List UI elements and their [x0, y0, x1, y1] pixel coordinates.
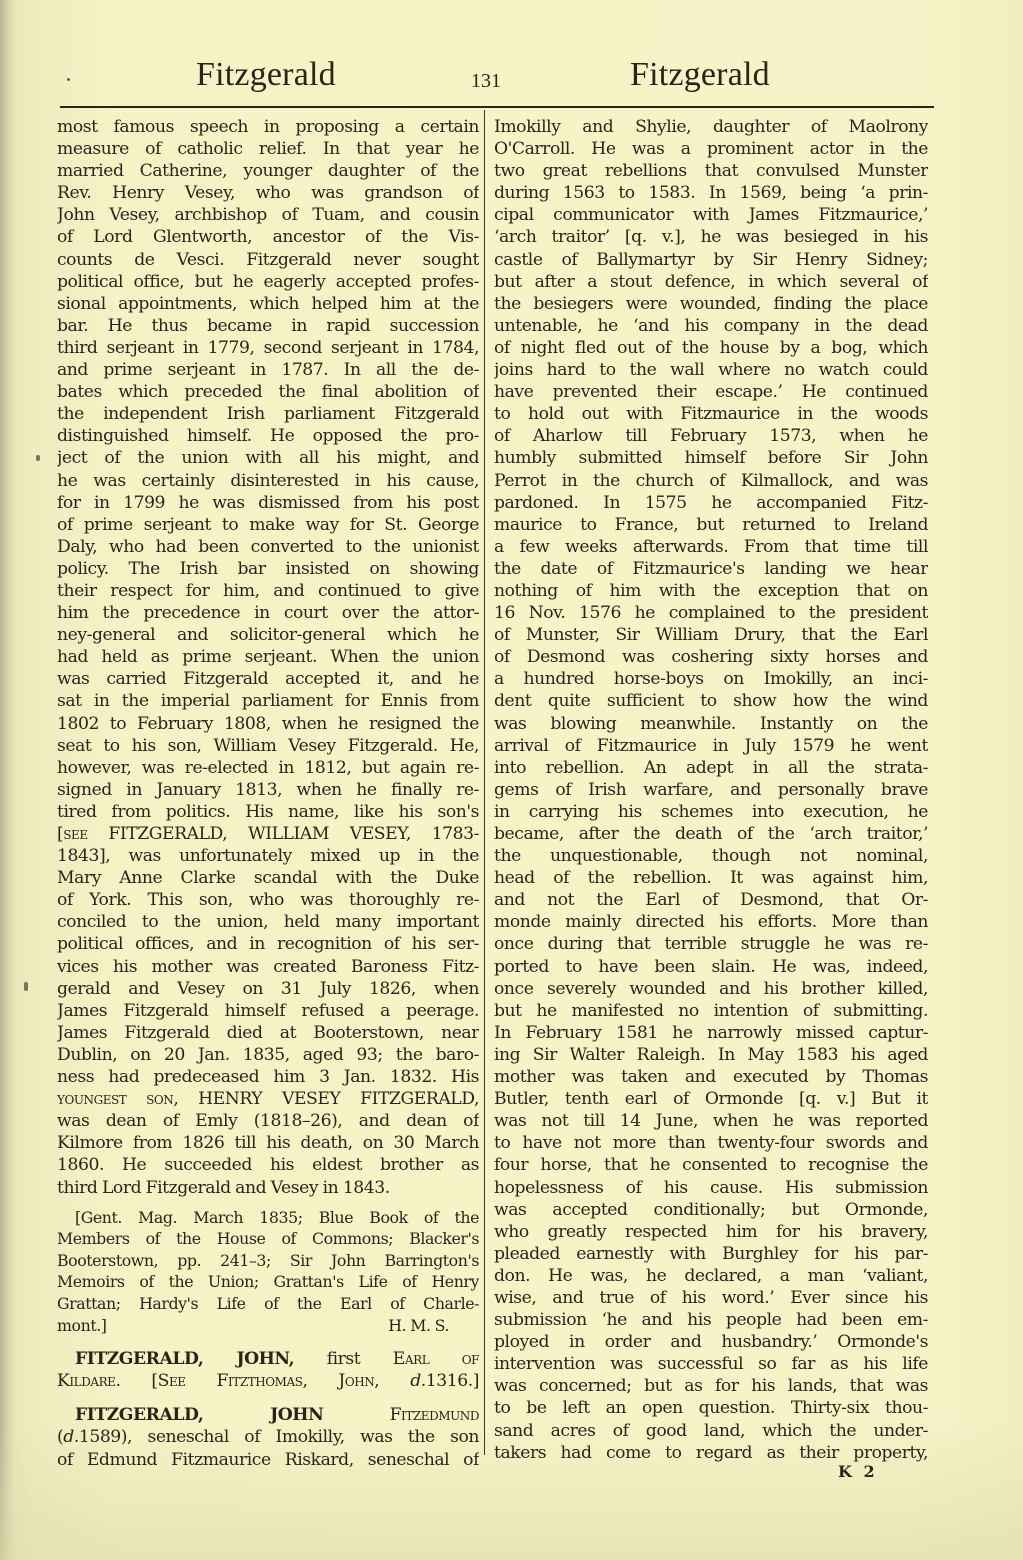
- reference-tail: mont.]: [57, 1315, 107, 1337]
- text-line: of Aharlow till February 1573, when he: [494, 425, 928, 447]
- text-line: submission ‘he and his people had been e…: [494, 1309, 928, 1331]
- entry-text: 1589), seneschal of Imokilly, was the so…: [79, 1427, 479, 1447]
- text-line: mother was taken and executed by Thomas: [494, 1066, 928, 1088]
- text-line: was not till 14 June, when he was report…: [494, 1110, 928, 1132]
- page-spine-shadow: [0, 0, 14, 1560]
- text-line: he was certainly disinterested in his ca…: [57, 470, 479, 492]
- text-line: however, was re-elected in 1812, but aga…: [57, 757, 479, 779]
- text-line: a few weeks afterwards. From that time t…: [494, 536, 928, 558]
- text-line: bates which preceded the final abolition…: [57, 381, 479, 403]
- scan-speck: [36, 455, 40, 461]
- text-line: third Lord Fitzgerald and Vesey in 1843.: [57, 1177, 479, 1199]
- text-line: pardoned. In 1575 he accompanied Fitz-: [494, 492, 928, 514]
- text-line: the unquestionable, though not nominal,: [494, 845, 928, 867]
- entry-xref-line: Kildare. [See Fitzthomas, John, d.1316.]: [57, 1370, 479, 1392]
- text-line: of Desmond was coshering sixty horses an…: [494, 646, 928, 668]
- date-abbrev: d.: [410, 1371, 426, 1391]
- text-line: cipal communicator with James Fitzmauric…: [494, 204, 928, 226]
- text-line: James Fitzgerald himself refused a peera…: [57, 1000, 479, 1022]
- text-line: four horse, that he consented to recogni…: [494, 1154, 928, 1176]
- text-line: signed in January 1813, when he finally …: [57, 779, 479, 801]
- text-line: of Munster, Sir William Drury, that the …: [494, 624, 928, 646]
- text-line: of Edmund Fitzmaurice Riskard, seneschal…: [57, 1449, 479, 1471]
- text-line: the date of Fitzmaurice's landing we hea…: [494, 558, 928, 580]
- text-line: castle of Ballymartyr by Sir Henry Sidne…: [494, 249, 928, 271]
- text-line: a hundred horse-boys on Imokilly, an inc…: [494, 668, 928, 690]
- text-line: O'Carroll. He was a prominent actor in t…: [494, 138, 928, 160]
- entry-headword: FITZGERALD, JOHN: [75, 1405, 323, 1425]
- text-line: married Catherine, younger daughter of t…: [57, 160, 479, 182]
- references-block: [Gent. Mag. March 1835; Blue Book of the…: [57, 1207, 479, 1337]
- text-line: to have not more than twenty-four swords…: [494, 1132, 928, 1154]
- text-line: John Vesey, archbishop of Tuam, and cous…: [57, 204, 479, 226]
- text-line: ing Sir Walter Raleigh. In May 1583 his …: [494, 1044, 928, 1066]
- text-line: sand acres of good land, which the under…: [494, 1420, 928, 1442]
- text-line: conciled to the union, held many importa…: [57, 911, 479, 933]
- text-line: gerald and Vesey on 31 July 1826, when: [57, 978, 479, 1000]
- text-line: the besiegers were wounded, finding the …: [494, 293, 928, 315]
- text-line: gems of Irish warfare, and personally br…: [494, 779, 928, 801]
- text-line: nothing of him with the exception that o…: [494, 580, 928, 602]
- scan-speck: [67, 78, 70, 81]
- text-line: bar. He thus became in rapid succession: [57, 315, 479, 337]
- text-line: 1843], was unfortunately mixed up in the: [57, 845, 479, 867]
- reference-line: Members of the House of Commons; Blacker…: [57, 1228, 479, 1250]
- text-line: ‘arch traitor’ [q. v.], he was besieged …: [494, 226, 928, 248]
- header-rule: [60, 106, 934, 108]
- text-line: counts de Vesci. Fitzgerald never sought: [57, 249, 479, 271]
- entry-heading-line: FITZGERALD, JOHN Fitzedmund: [57, 1404, 479, 1426]
- text-line-cross-reference: [see FITZGERALD, WILLIAM VESEY, 1783-: [57, 823, 479, 845]
- entry-heading-line: FITZGERALD, JOHN, first Earl of: [57, 1348, 479, 1370]
- text-line: had held as prime serjeant. When the uni…: [57, 646, 479, 668]
- text-line: don. He was, he declared, a man ‘valiant…: [494, 1265, 928, 1287]
- text-line: political office, but he eagerly accepte…: [57, 271, 479, 293]
- text-line: but after a stout defence, in which seve…: [494, 271, 928, 293]
- text-line: measure of catholic relief. In that year…: [57, 138, 479, 160]
- text-line: to be left an open question. Thirty-six …: [494, 1397, 928, 1419]
- cross-reference-link[interactable]: [See Fitzthomas, John,: [151, 1371, 379, 1391]
- entry-john-fitzgerald-earl-of-kildare: FITZGERALD, JOHN, first Earl of Kildare.…: [57, 1348, 479, 1392]
- entry-title-word: first: [327, 1349, 361, 1369]
- text-line: sat in the imperial parliament for Ennis…: [57, 690, 479, 712]
- text-line: Mary Anne Clarke scandal with the Duke: [57, 867, 479, 889]
- text-line: Daly, who had been converted to the unio…: [57, 536, 479, 558]
- text-line: arrival of Fitzmaurice in July 1579 he w…: [494, 735, 928, 757]
- text-line: to hold out with Fitzmaurice in the wood…: [494, 403, 928, 425]
- text-line: him the precedence in court over the att…: [57, 602, 479, 624]
- text-line: most famous speech in proposing a certai…: [57, 116, 479, 138]
- text-line: policy. The Irish bar insisted on showin…: [57, 558, 479, 580]
- header-title-left: Fitzgerald: [196, 56, 336, 94]
- text-line: Imokilly and Shylie, daughter of Maolron…: [494, 116, 928, 138]
- text-line: ness had predeceased him 3 Jan. 1832. Hi…: [57, 1066, 479, 1088]
- text-line: the independent Irish parliament Fitzger…: [57, 403, 479, 425]
- column-divider: [484, 110, 485, 1455]
- entry-headword: FITZGERALD, JOHN,: [75, 1349, 294, 1369]
- text-line: joins hard to the wall where no watch co…: [494, 359, 928, 381]
- text-line: head of the rebellion. It was against hi…: [494, 867, 928, 889]
- text-line: distinguished himself. He opposed the pr…: [57, 425, 479, 447]
- text-line: became, after the death of the ‘arch tra…: [494, 823, 928, 845]
- text-line: was carried Fitzgerald accepted it, and …: [57, 668, 479, 690]
- text-line: vices his mother was created Baroness Fi…: [57, 956, 479, 978]
- text-line: In February 1581 he narrowly missed capt…: [494, 1022, 928, 1044]
- entry-title-continued: Kildare.: [57, 1371, 121, 1391]
- text-line: dent quite sufficient to show how the wi…: [494, 690, 928, 712]
- text-line: Butler, tenth earl of Ormonde [q. v.] Bu…: [494, 1088, 928, 1110]
- text-line: seat to his son, William Vesey Fitzgeral…: [57, 735, 479, 757]
- reference-last-line: mont.] H. M. S.: [57, 1315, 479, 1337]
- text-line: Kilmore from 1826 till his death, on 30 …: [57, 1132, 479, 1154]
- text-line: (d.1589), seneschal of Imokilly, was the…: [57, 1426, 479, 1448]
- text-line: but he manifested no intention of submit…: [494, 1000, 928, 1022]
- text-line: 1802 to February 1808, when he resigned …: [57, 713, 479, 735]
- page-number: 131: [471, 70, 501, 93]
- reference-line: Grattan; Hardy's Life of the Earl of Cha…: [57, 1293, 479, 1315]
- text-line: of night fled out of the house by a bog,…: [494, 337, 928, 359]
- text-line: for in 1799 he was dismissed from his po…: [57, 492, 479, 514]
- text-line: Dublin, on 20 Jan. 1835, aged 93; the ba…: [57, 1044, 479, 1066]
- text-line: Rev. Henry Vesey, who was grandson of: [57, 182, 479, 204]
- printer-signature-mark: K 2: [838, 1462, 878, 1481]
- text-line: political offices, and in recognition of…: [57, 933, 479, 955]
- entry-title: Earl of: [393, 1349, 479, 1369]
- text-line: and prime serjeant in 1787. In all the d…: [57, 359, 479, 381]
- text-line: takers had come to regard as their prope…: [494, 1442, 928, 1464]
- scan-speck: [24, 982, 28, 991]
- reference-line: Booterstown, pp. 241–3; Sir John Barring…: [57, 1250, 479, 1272]
- text-line: monde mainly directed his efforts. More …: [494, 911, 928, 933]
- text-line: of Lord Glentworth, ancestor of the Vis-: [57, 226, 479, 248]
- text-line: intervention was successful so far as hi…: [494, 1353, 928, 1375]
- entry-surname: Fitzedmund: [390, 1405, 479, 1425]
- text-line: of prime serjeant to make way for St. Ge…: [57, 514, 479, 536]
- text-line: was blowing meanwhile. Instantly on the: [494, 713, 928, 735]
- text-line: was concerned; but as for his lands, tha…: [494, 1375, 928, 1397]
- text-line: was accepted conditionally; but Ormonde,: [494, 1199, 928, 1221]
- text-line-name-reference: youngest son, HENRY VESEY FITZGERALD,: [57, 1088, 479, 1110]
- text-line: and not the Earl of Desmond, that Or-: [494, 889, 928, 911]
- text-line: tired from politics. His name, like his …: [57, 801, 479, 823]
- reference-line: Memoirs of the Union; Grattan's Life of …: [57, 1271, 479, 1293]
- text-line: maurice to France, but returned to Irela…: [494, 514, 928, 536]
- text-line: 1860. He succeeded his eldest brother as: [57, 1154, 479, 1176]
- text-line: their respect for him, and continued to …: [57, 580, 479, 602]
- text-line: humbly submitted himself before Sir John: [494, 447, 928, 469]
- text-line: into rebellion. An adept in all the stra…: [494, 757, 928, 779]
- text-line: ployed in order and husbandry.’ Ormonde'…: [494, 1331, 928, 1353]
- text-line: who greatly respected him for his braver…: [494, 1221, 928, 1243]
- left-column: most famous speech in proposing a certai…: [57, 116, 479, 1471]
- text-line: in carrying his schemes into execution, …: [494, 801, 928, 823]
- text-line: once during that terrible struggle he wa…: [494, 933, 928, 955]
- text-line: two great rebellions that convulsed Muns…: [494, 160, 928, 182]
- entry-date: 1316.]: [426, 1371, 479, 1391]
- text-line: was dean of Emly (1818–26), and dean of: [57, 1110, 479, 1132]
- date-abbrev: d.: [63, 1427, 79, 1447]
- entry-john-fitzgerald-fitzedmund: FITZGERALD, JOHN Fitzedmund (d.1589), se…: [57, 1404, 479, 1470]
- text-line: untenable, he ‘and his company in the de…: [494, 315, 928, 337]
- text-line: once severely wounded and his brother ki…: [494, 978, 928, 1000]
- text-line: hopelessness of his cause. His submissio…: [494, 1177, 928, 1199]
- text-line: during 1563 to 1583. In 1569, being ‘a p…: [494, 182, 928, 204]
- text-line: ject of the union with all his might, an…: [57, 447, 479, 469]
- text-line: James Fitzgerald died at Booterstown, ne…: [57, 1022, 479, 1044]
- text-line: ney-general and solicitor-general which …: [57, 624, 479, 646]
- text-line: 16 Nov. 1576 he complained to the presid…: [494, 602, 928, 624]
- author-signature: H. M. S.: [388, 1315, 449, 1337]
- text-line: ported to have been slain. He was, indee…: [494, 956, 928, 978]
- running-header: Fitzgerald 131 Fitzgerald: [60, 56, 940, 104]
- text-line: have prevented their escape.’ He continu…: [494, 381, 928, 403]
- text-line: wise, and true of his word.’ Ever since …: [494, 1287, 928, 1309]
- entry-james-fitzgerald-continued: most famous speech in proposing a certai…: [57, 116, 479, 1199]
- text-line: sional appointments, which helped him at…: [57, 293, 479, 315]
- right-column: Imokilly and Shylie, daughter of Maolron…: [494, 116, 928, 1464]
- text-line: of York. This son, who was thoroughly re…: [57, 889, 479, 911]
- text-line: third serjeant in 1779, second serjeant …: [57, 337, 479, 359]
- text-line: pleaded earnestly with Burghley for his …: [494, 1243, 928, 1265]
- reference-line: [Gent. Mag. March 1835; Blue Book of the: [57, 1207, 479, 1229]
- text-line: Perrot in the church of Kilmallock, and …: [494, 470, 928, 492]
- header-title-right: Fitzgerald: [630, 56, 770, 94]
